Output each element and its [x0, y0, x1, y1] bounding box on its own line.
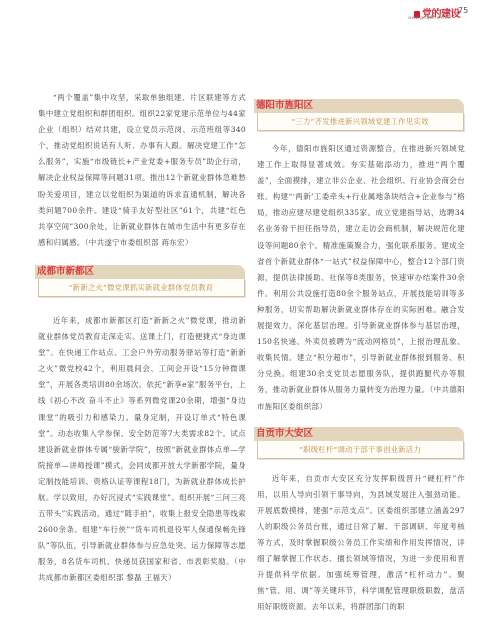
section-subtitle: “职级杠杆”调动干部干事创业新活力 — [257, 441, 463, 458]
section-body: 近年来，自贡市大安区充分发挥职级晋升“硬杠杆”作用，以用人导向引领干事导向，为县… — [257, 471, 465, 616]
section-body: 今年，德阳市旌阳区通过资源整合，在推进新兴领域党建工作上取得显著成效。夯实基础添… — [257, 141, 465, 415]
section-header-xindu: 成都市新都区 “新新之火”微党课抓实新就业群体党员教育 — [38, 265, 246, 299]
section-header-jingyang: 德阳市旌阳区 “三力”齐发推进新兴领域党建工作见实效 — [257, 99, 465, 133]
section-region-title: 德阳市旌阳区 — [256, 99, 313, 113]
left-column: “两个覆盖”集中攻坚，采取单独组建、片区联建等方式集中建立党组织和群团组织。组织… — [38, 90, 246, 587]
intro-paragraph: “两个覆盖”集中攻坚，采取单独组建、片区联建等方式集中建立党组织和群团组织。组织… — [38, 90, 246, 251]
website-url: www.gcdjw.com.cn — [408, 16, 451, 21]
section-subtitle: “新新之火”微党课抓实新就业群体党员教育 — [38, 279, 244, 296]
page-header: 党的建设 www.gcdjw.com.cn 75 — [0, 0, 485, 24]
page-number: 75 — [458, 6, 468, 15]
section-subtitle: “三力”齐发推进新兴领域党建工作见实效 — [257, 113, 463, 130]
section-header-daan: 自贡市大安区 “职级杠杆”调动干部干事创业新活力 — [257, 427, 465, 461]
section-region-title: 成都市新都区 — [37, 265, 94, 279]
right-column: 德阳市旌阳区 “三力”齐发推进新兴领域党建工作见实效 今年，德阳市旌阳区通过资源… — [257, 99, 465, 615]
section-region-title: 自贡市大安区 — [256, 427, 313, 441]
section-body: 近年来，成都市新都区打造“新新之火”微党课，推动新就业群体党员教育走深走实。送课… — [38, 313, 246, 587]
